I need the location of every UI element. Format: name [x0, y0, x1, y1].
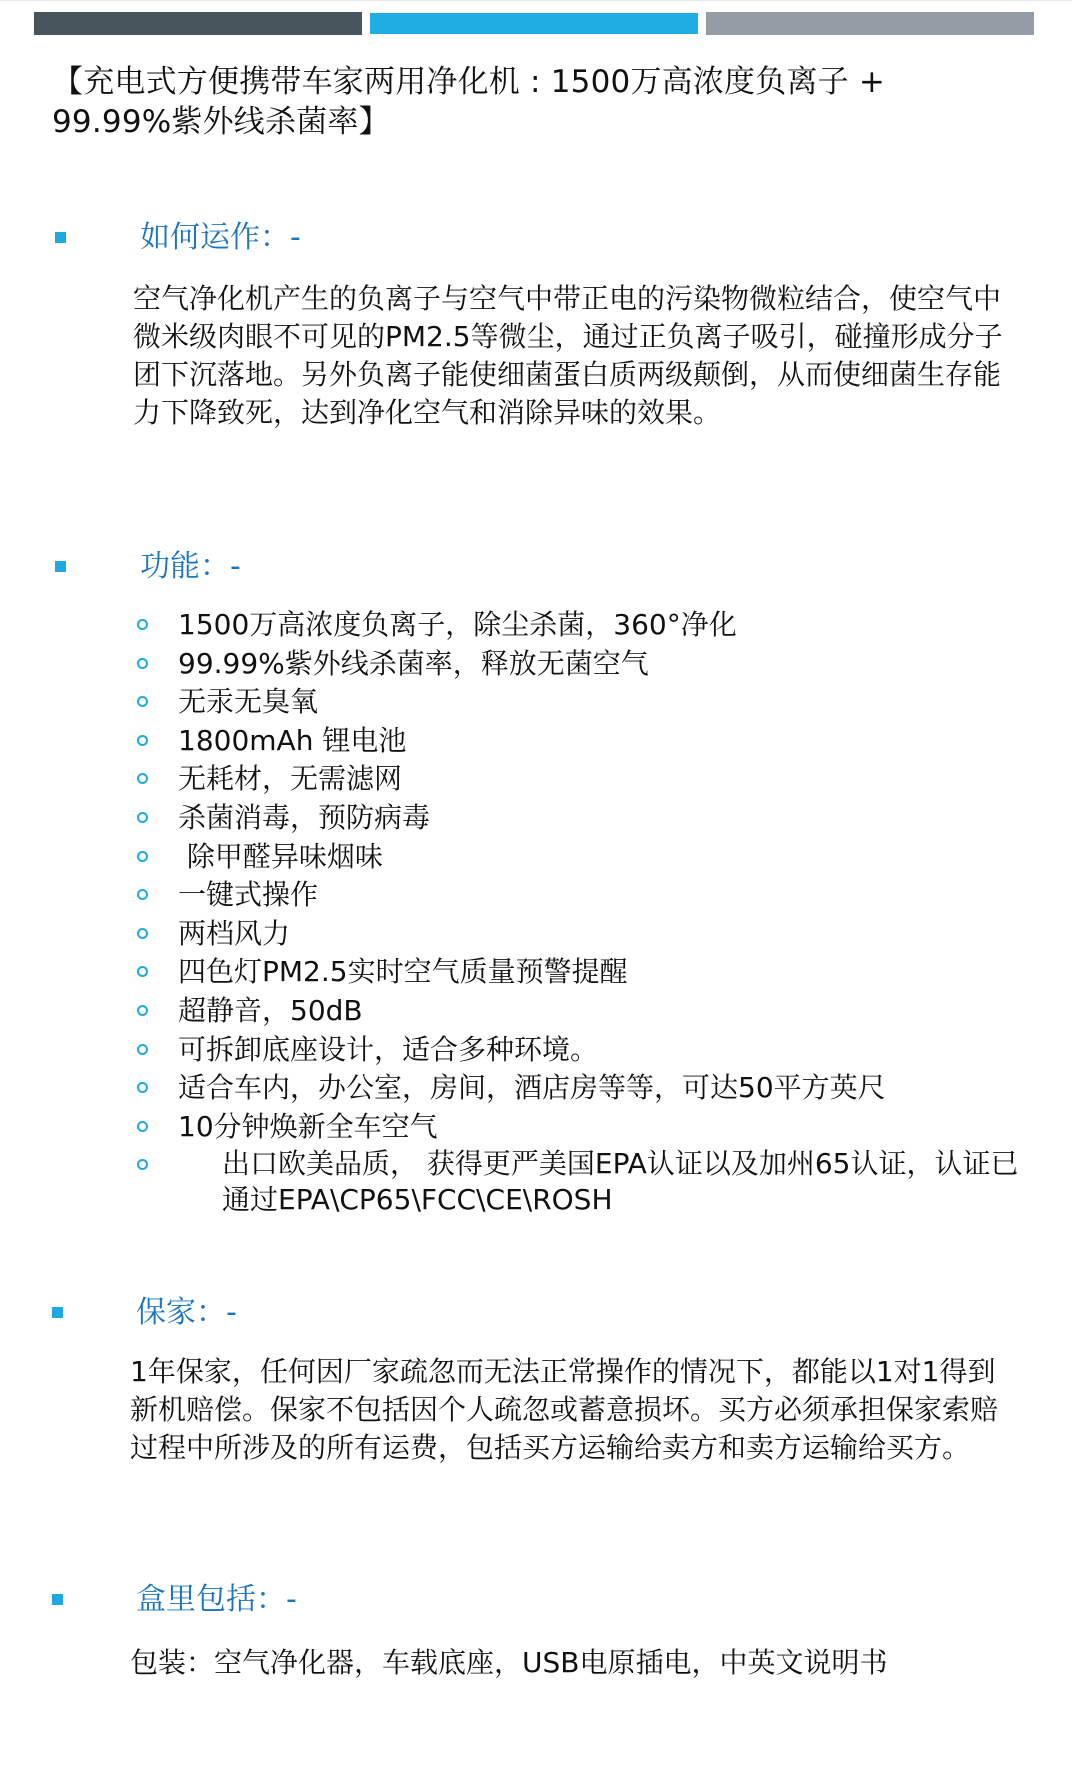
list-item: 一键式操作 — [134, 876, 1034, 915]
square-bullet-icon — [55, 561, 66, 572]
warranty-body: 1年保家，任何因厂家疏忽而无法正常操作的情况下，都能以1对1得到新机赔偿。保家不… — [130, 1353, 1020, 1467]
product-title-line-2: 99.99%紫外线杀菌率】 — [52, 102, 1052, 142]
in-box-body: 包装：空气净化器，车载底座，USB电原插电，中英文说明书 — [130, 1644, 1030, 1682]
circle-bullet-icon — [137, 735, 148, 746]
header-bar-blue — [370, 13, 698, 34]
section-heading-how-it-works: 如何运作：- — [0, 218, 1072, 258]
list-item: 超静音，50dB — [134, 992, 1034, 1031]
section-heading-in-box: 盒里包括：- — [0, 1580, 1072, 1620]
list-item: 杀菌消毒，预防病毒 — [134, 799, 1034, 838]
list-item: 适合车内，办公室，房间，酒店房等等，可达50平方英尺 — [134, 1069, 1034, 1108]
list-item: 1800mAh 锂电池 — [134, 722, 1034, 761]
features-list: 1500万高浓度负离子，除尘杀菌，360°净化 99.99%紫外线杀菌率，释放无… — [134, 606, 1034, 1218]
list-item: 两档风力 — [134, 915, 1034, 954]
top-divider — [0, 0, 1072, 1]
circle-bullet-icon — [137, 696, 148, 707]
circle-bullet-icon — [137, 928, 148, 939]
circle-bullet-icon — [137, 851, 148, 862]
product-title-line-1: 【充电式方便携带车家两用净化机 : 1500万高浓度负离子 + — [52, 62, 1052, 102]
product-title: 【充电式方便携带车家两用净化机 : 1500万高浓度负离子 + 99.99%紫外… — [52, 62, 1052, 142]
circle-bullet-icon — [137, 1159, 148, 1170]
section-heading-features: 功能：- — [0, 547, 1072, 587]
circle-bullet-icon — [137, 619, 148, 630]
list-item: 无汞无臭氧 — [134, 683, 1034, 722]
circle-bullet-icon — [137, 966, 148, 977]
square-bullet-icon — [55, 232, 66, 243]
list-item: 四色灯PM2.5实时空气质量预警提醒 — [134, 953, 1034, 992]
header-bar-dark — [34, 12, 362, 35]
circle-bullet-icon — [137, 1005, 148, 1016]
list-item: 1500万高浓度负离子，除尘杀菌，360°净化 — [134, 606, 1034, 645]
how-it-works-body: 空气净化机产生的负离子与空气中带正电的污染物微粒结合，使空气中微米级肉眼不可见的… — [133, 280, 1013, 432]
square-bullet-icon — [52, 1594, 63, 1605]
circle-bullet-icon — [137, 812, 148, 823]
list-item: 10分钟焕新全车空气 — [134, 1108, 1034, 1147]
circle-bullet-icon — [137, 773, 148, 784]
circle-bullet-icon — [137, 1044, 148, 1055]
heading-text: 如何运作：- — [140, 218, 301, 258]
section-heading-warranty: 保家：- — [0, 1293, 1072, 1333]
circle-bullet-icon — [137, 889, 148, 900]
circle-bullet-icon — [137, 1121, 148, 1132]
heading-text: 保家：- — [136, 1293, 237, 1333]
square-bullet-icon — [52, 1307, 63, 1318]
header-bar-grey — [706, 12, 1034, 35]
list-item: 除甲醛异味烟味 — [134, 838, 1034, 877]
circle-bullet-icon — [137, 1082, 148, 1093]
heading-text: 盒里包括：- — [136, 1580, 297, 1620]
list-item: 出口欧美品质， 获得更严美国EPA认证以及加州65认证，认证已通过EPA\CP6… — [134, 1146, 1034, 1218]
heading-text: 功能：- — [140, 547, 241, 587]
list-item: 可拆卸底座设计，适合多种环境。 — [134, 1031, 1034, 1070]
list-item: 99.99%紫外线杀菌率，释放无菌空气 — [134, 645, 1034, 684]
list-item: 无耗材，无需滤网 — [134, 760, 1034, 799]
circle-bullet-icon — [137, 658, 148, 669]
